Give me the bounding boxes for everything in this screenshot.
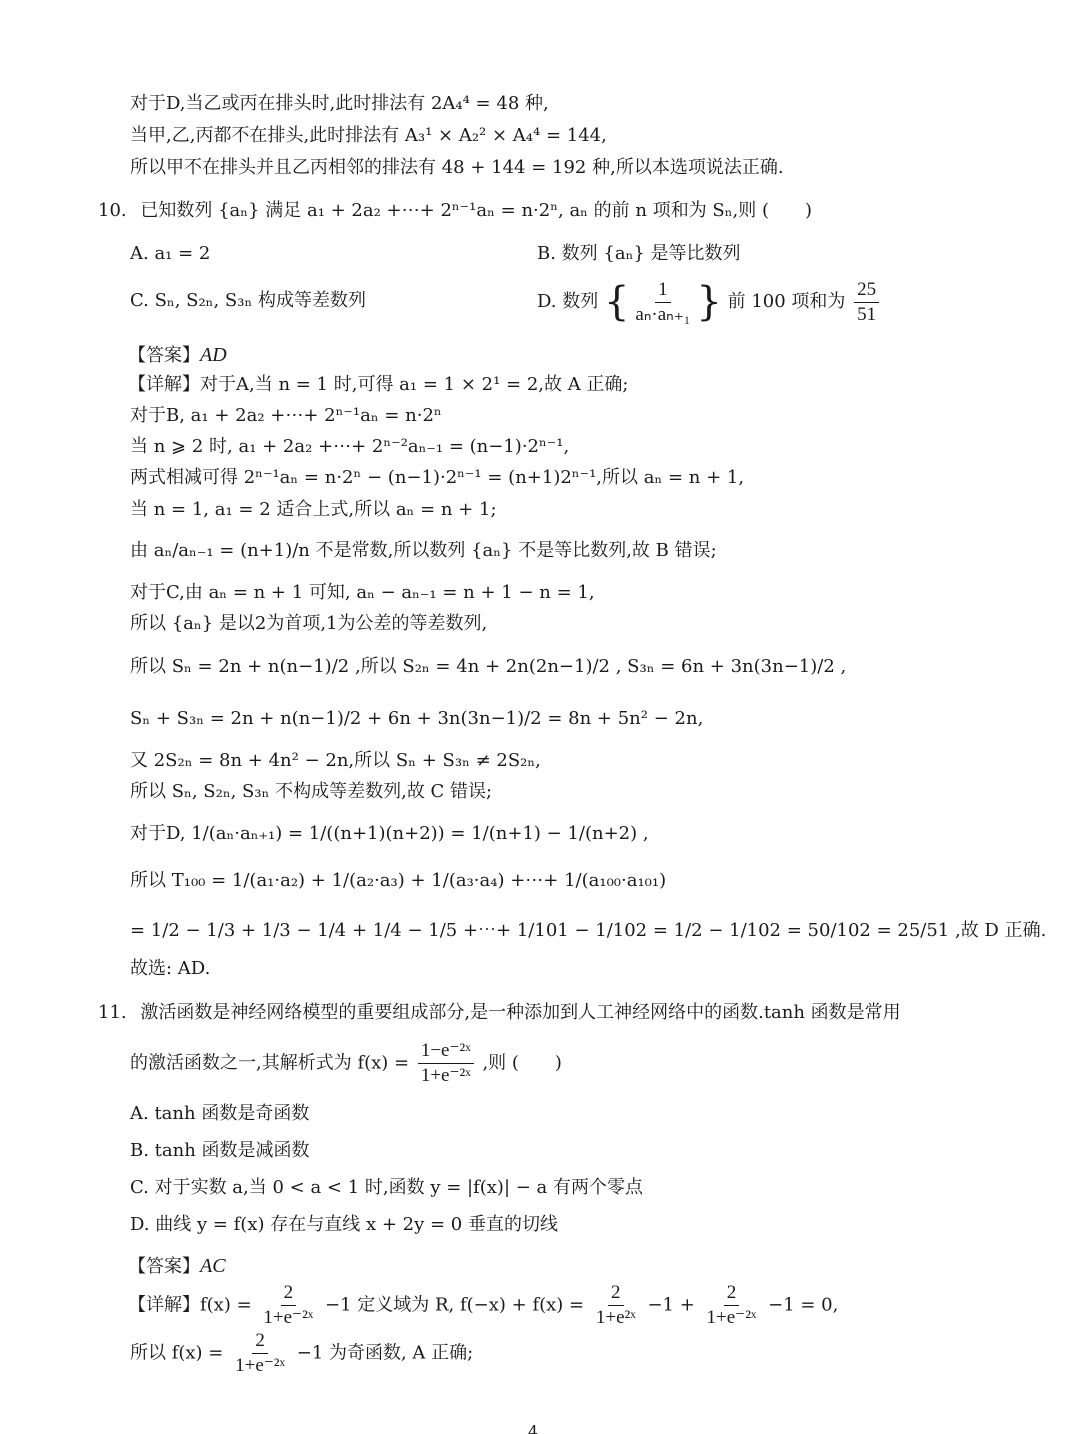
numerator: 1−e⁻²ˣ — [418, 1040, 474, 1064]
q10-answer: 【答案】AD — [128, 343, 227, 367]
q10-detail-8: 所以 {aₙ} 是以2为首项,1为公差的等差数列, — [130, 613, 487, 635]
q10-detail-14: 所以 T₁₀₀ = 1/(a₁·a₂) + 1/(a₂·a₃) + 1/(a₃·… — [130, 870, 666, 892]
q10-detail-12: 所以 Sₙ, S₂ₙ, S₃ₙ 不构成等差数列,故 C 错误; — [130, 781, 492, 803]
prev-solution-line-1: 对于D,当乙或丙在排头时,此时排法有 2A₄⁴ = 48 种, — [130, 93, 549, 115]
option-d-mid: 前 100 项和为 — [728, 291, 846, 312]
detail-label: 【详解】 — [128, 374, 200, 395]
q10-detail-1: 【详解】对于A,当 n = 1 时,可得 a₁ = 1 × 2¹ = 2,故 A… — [128, 374, 629, 396]
q10-option-a: A. a₁ = 2 — [130, 243, 210, 265]
q11-option-b: B. tanh 函数是减函数 — [130, 1140, 310, 1162]
question-number: 10. — [98, 200, 127, 221]
q10-detail-7: 对于C,由 aₙ = n + 1 可知, aₙ − aₙ₋₁ = n + 1 −… — [130, 582, 595, 604]
fraction: 1aₙ·aₙ₊₁ — [632, 279, 693, 326]
answer-value: AC — [200, 1255, 226, 1277]
numerator: 25 — [854, 279, 879, 303]
fraction: 21+e⁻²ˣ — [704, 1282, 760, 1329]
stem-prefix: 的激活函数之一,其解析式为 f(x) = — [130, 1052, 409, 1073]
left-brace: { — [604, 279, 629, 325]
detail-text: f(x) = — [200, 1294, 252, 1315]
q10-detail-6: 由 aₙ/aₙ₋₁ = (n+1)/n 不是常数,所以数列 {aₙ} 不是等比数… — [130, 540, 717, 562]
denominator: 51 — [854, 303, 879, 326]
numerator: 2 — [281, 1282, 297, 1306]
answer-value: AD — [200, 344, 227, 366]
q11-option-c: C. 对于实数 a,当 0 < a < 1 时,函数 y = |f(x)| − … — [130, 1177, 643, 1199]
detail-text: −1 + — [647, 1294, 694, 1315]
numerator: 2 — [252, 1330, 268, 1354]
prev-solution-line-2: 当甲,乙,丙都不在排头,此时排法有 A₃¹ × A₂² × A₄⁴ = 144, — [130, 125, 607, 147]
detail-text: 所以 f(x) = — [130, 1342, 223, 1363]
q11-option-d: D. 曲线 y = f(x) 存在与直线 x + 2y = 0 垂直的切线 — [130, 1214, 558, 1236]
prev-solution-line-3: 所以甲不在排头并且乙丙相邻的排法有 48 + 144 = 192 种,所以本选项… — [130, 157, 784, 179]
denominator: 1+e⁻²ˣ — [232, 1354, 288, 1377]
q10-detail-16: 故选: AD. — [130, 958, 210, 980]
fraction: 21+e²ˣ — [593, 1282, 639, 1329]
answer-label: 【答案】 — [128, 1256, 200, 1277]
denominator: 1+e⁻²ˣ — [260, 1306, 316, 1329]
q10-option-c: C. Sₙ, S₂ₙ, S₃ₙ 构成等差数列 — [130, 290, 366, 312]
q10-detail-2: 对于B, a₁ + 2a₂ +⋯+ 2ⁿ⁻¹aₙ = n·2ⁿ — [130, 405, 442, 427]
q11-answer: 【答案】AC — [128, 1254, 226, 1278]
question-10-stem: 10. 已知数列 {aₙ} 满足 a₁ + 2a₂ +⋯+ 2ⁿ⁻¹aₙ = n… — [98, 200, 812, 222]
q10-detail-4: 两式相减可得 2ⁿ⁻¹aₙ = n·2ⁿ − (n−1)·2ⁿ⁻¹ = (n+1… — [130, 467, 744, 489]
option-d-prefix: D. 数列 — [537, 291, 598, 312]
numerator: 1 — [655, 279, 671, 303]
question-11-stem-2: 的激活函数之一,其解析式为 f(x) = 1−e⁻²ˣ1+e⁻²ˣ ,则 ( ) — [130, 1040, 562, 1087]
q11-option-a: A. tanh 函数是奇函数 — [130, 1103, 309, 1125]
q10-option-b: B. 数列 {aₙ} 是等比数列 — [537, 243, 741, 265]
denominator: 1+e²ˣ — [593, 1306, 639, 1329]
right-brace: } — [696, 279, 721, 325]
q11-detail-1: 【详解】f(x) = 21+e⁻²ˣ −1 定义域为 R, f(−x) + f(… — [128, 1282, 838, 1329]
q10-detail-9: 所以 Sₙ = 2n + n(n−1)/2 ,所以 S₂ₙ = 4n + 2n(… — [130, 656, 846, 678]
q10-detail-11: 又 2S₂ₙ = 8n + 4n² − 2n,所以 Sₙ + S₃ₙ ≠ 2S₂… — [130, 750, 541, 772]
detail-label: 【详解】 — [128, 1294, 200, 1315]
detail-text: 对于A,当 n = 1 时,可得 a₁ = 1 × 2¹ = 2,故 A 正确; — [200, 374, 629, 395]
fraction: 21+e⁻²ˣ — [260, 1282, 316, 1329]
numerator: 2 — [608, 1282, 624, 1306]
detail-text: −1 定义域为 R, f(−x) + f(x) = — [325, 1294, 584, 1315]
fraction: 21+e⁻²ˣ — [232, 1330, 288, 1377]
question-text: 激活函数是神经网络模型的重要组成部分,是一种添加到人工神经网络中的函数.tanh… — [140, 1002, 900, 1023]
q11-detail-2: 所以 f(x) = 21+e⁻²ˣ −1 为奇函数, A 正确; — [130, 1330, 473, 1377]
detail-text: −1 = 0, — [768, 1294, 838, 1315]
q10-detail-5: 当 n = 1, a₁ = 2 适合上式,所以 aₙ = n + 1; — [130, 499, 497, 521]
question-number: 11. — [98, 1002, 127, 1023]
answer-label: 【答案】 — [128, 345, 200, 366]
denominator: 1+e⁻²ˣ — [704, 1306, 760, 1329]
stem-suffix: ,则 ( ) — [482, 1052, 562, 1073]
fraction: 2551 — [854, 279, 879, 326]
page-number: 4 — [528, 1422, 538, 1434]
question-11-stem-1: 11. 激活函数是神经网络模型的重要组成部分,是一种添加到人工神经网络中的函数.… — [98, 1002, 901, 1024]
detail-text: −1 为奇函数, A 正确; — [297, 1342, 473, 1363]
q10-detail-15: = 1/2 − 1/3 + 1/3 − 1/4 + 1/4 − 1/5 +⋯+ … — [130, 920, 1046, 942]
q10-detail-10: Sₙ + S₃ₙ = 2n + n(n−1)/2 + 6n + 3n(3n−1)… — [130, 708, 703, 730]
q10-detail-3: 当 n ⩾ 2 时, a₁ + 2a₂ +⋯+ 2ⁿ⁻²aₙ₋₁ = (n−1)… — [130, 436, 569, 458]
denominator: 1+e⁻²ˣ — [418, 1064, 474, 1087]
fraction: 1−e⁻²ˣ1+e⁻²ˣ — [418, 1040, 474, 1087]
numerator: 2 — [724, 1282, 740, 1306]
denominator: aₙ·aₙ₊₁ — [632, 303, 693, 326]
question-text: 已知数列 {aₙ} 满足 a₁ + 2a₂ +⋯+ 2ⁿ⁻¹aₙ = n·2ⁿ,… — [140, 200, 812, 221]
q10-option-d: D. 数列 {1aₙ·aₙ₊₁} 前 100 项和为 2551 — [537, 278, 882, 326]
q10-detail-13: 对于D, 1/(aₙ·aₙ₊₁) = 1/((n+1)(n+2)) = 1/(n… — [130, 823, 649, 845]
